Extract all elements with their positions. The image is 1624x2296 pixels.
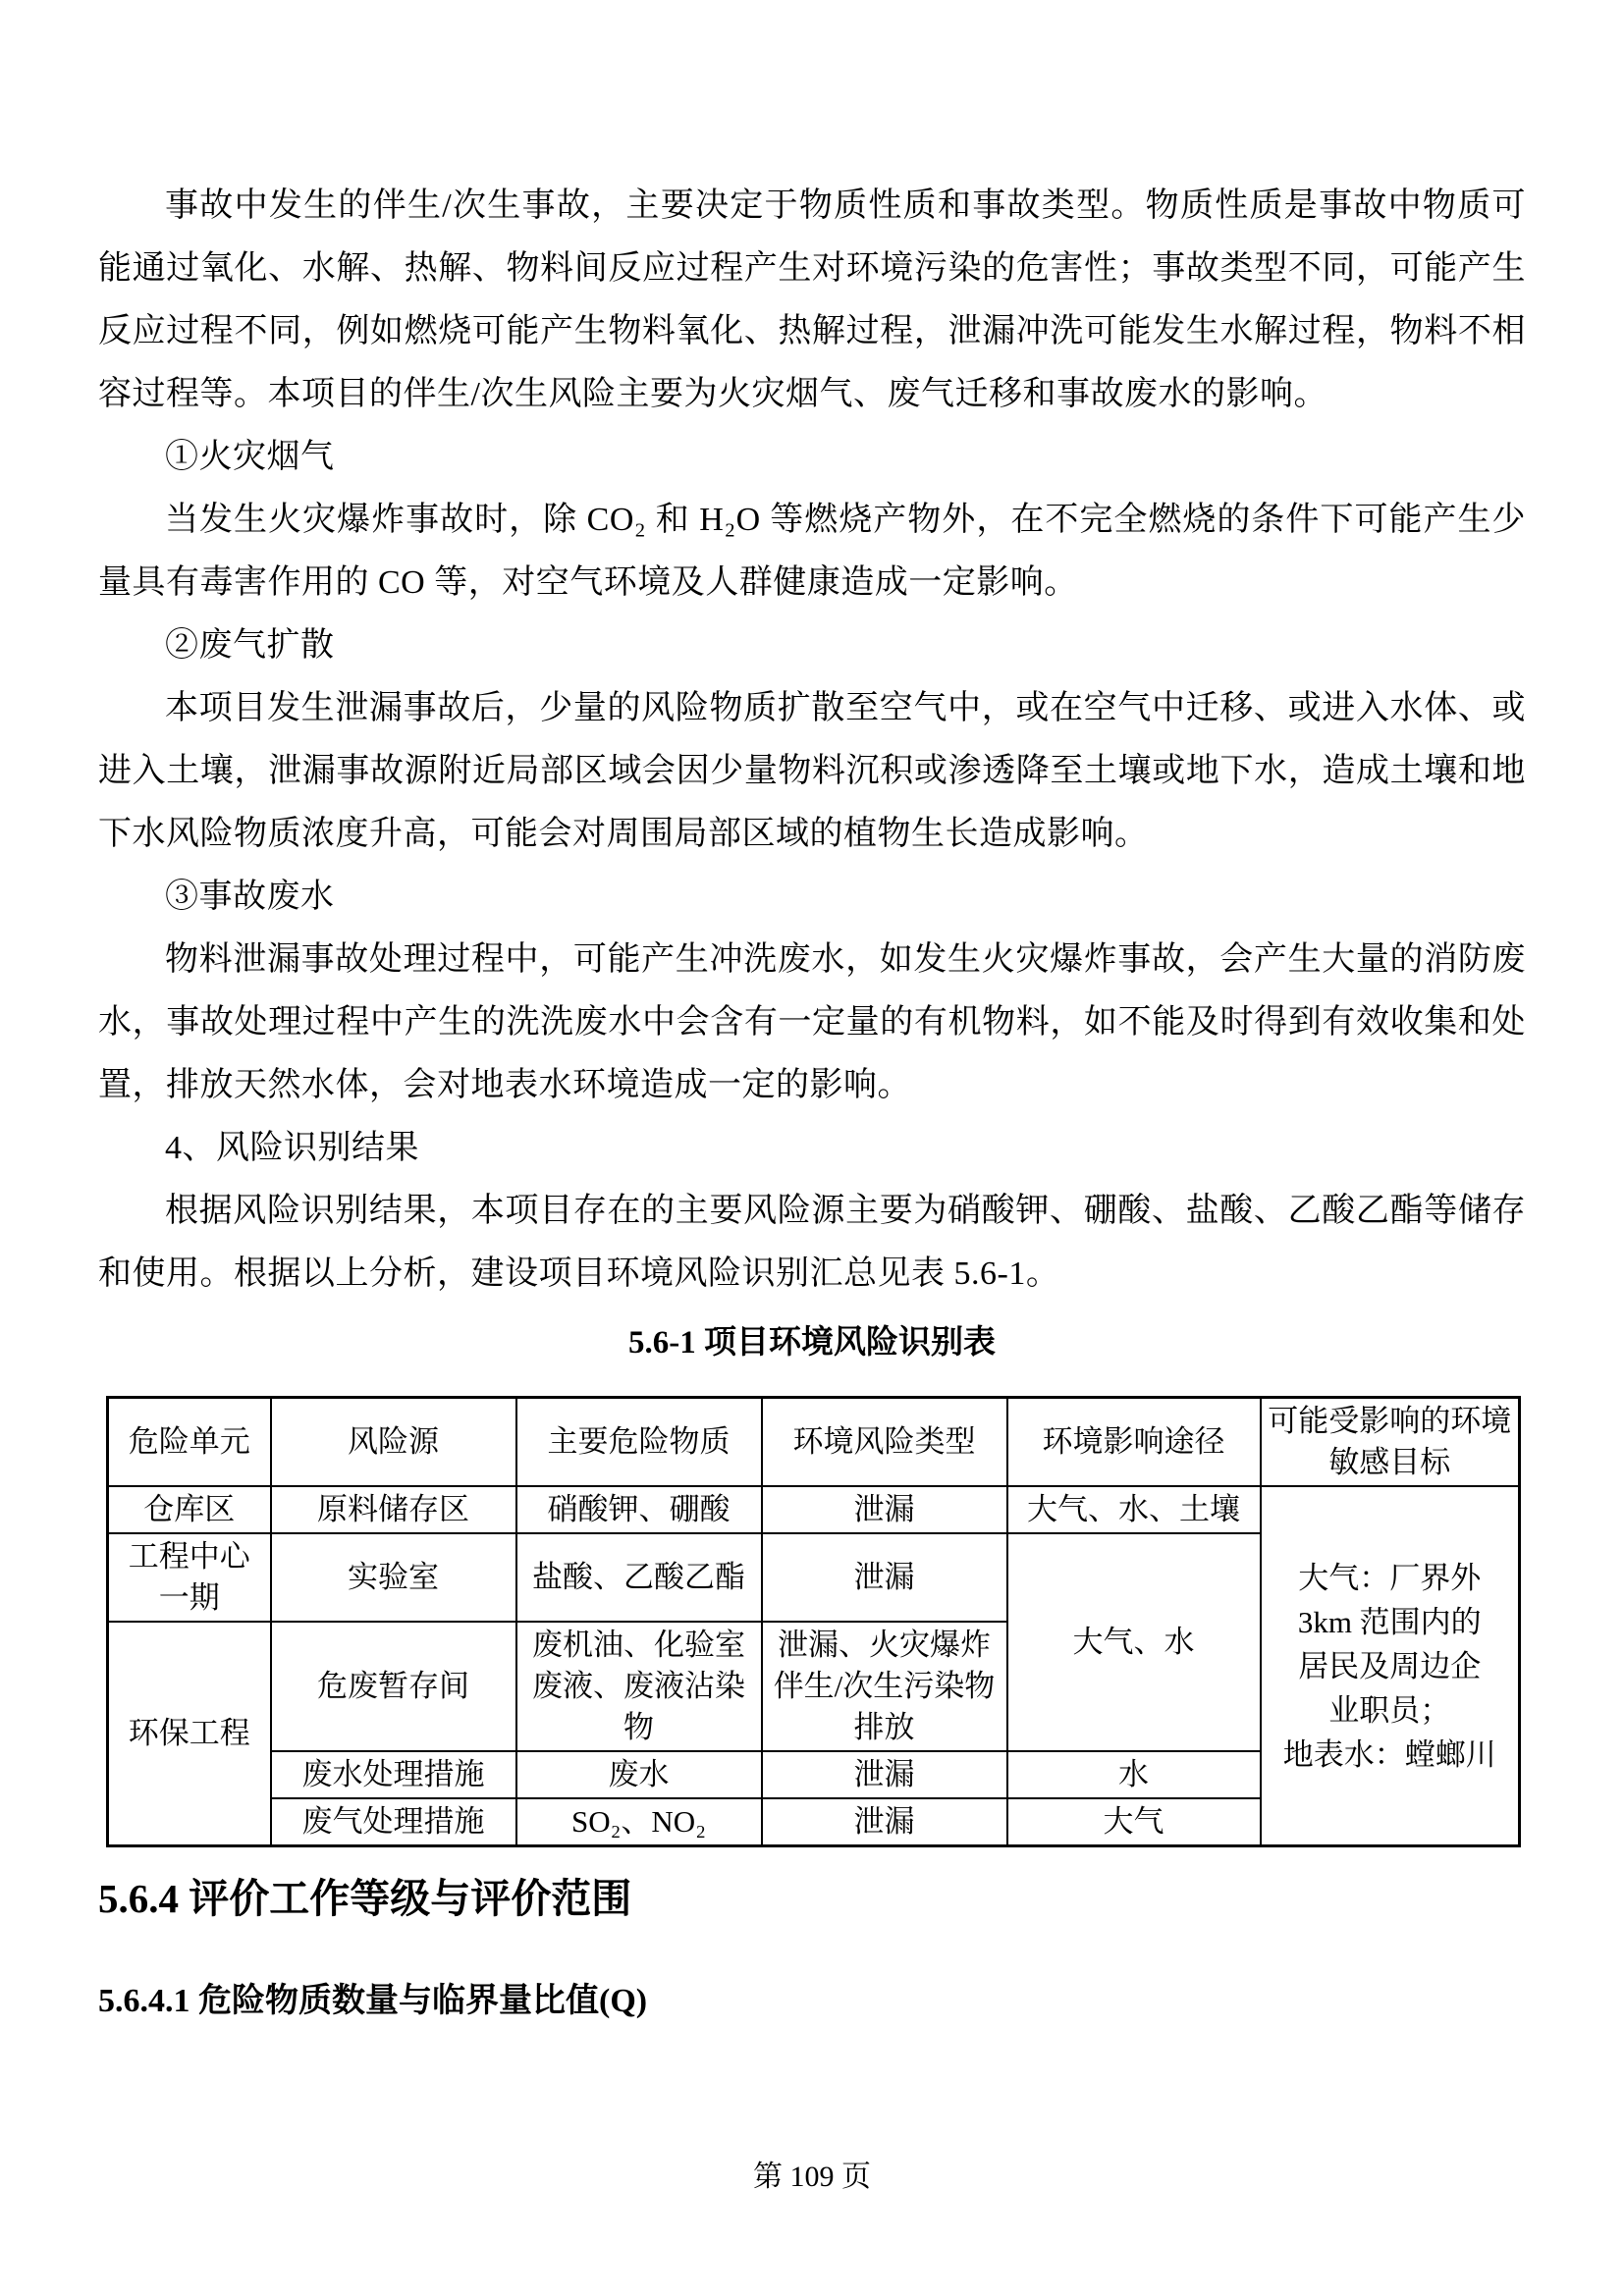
cell-impact-pathway: 大气 (1007, 1798, 1261, 1846)
cell-risk-source: 废气处理措施 (271, 1798, 516, 1846)
cell-hazardous-substance: 废水 (516, 1751, 762, 1798)
cell-hazard-unit: 环保工程 (108, 1622, 271, 1846)
section-heading: 5.6.4 评价工作等级与评价范围 (98, 1873, 1526, 1924)
cell-risk-type: 泄漏 (762, 1486, 1007, 1533)
table-row: 仓库区 原料储存区 硝酸钾、硼酸 泄漏 大气、水、土壤 大气：厂界外 3km 范… (108, 1486, 1520, 1533)
cell-risk-type: 泄漏 (762, 1751, 1007, 1798)
paragraph: 根据风险识别结果，本项目存在的主要风险源主要为硝酸钾、硼酸、盐酸、乙酸乙酯等储存… (98, 1180, 1526, 1306)
sensitive-target-line: 大气：厂界外 (1268, 1556, 1513, 1600)
cell-hazardous-substance: 硝酸钾、硼酸 (516, 1486, 762, 1533)
cell-risk-source: 实验室 (271, 1533, 516, 1622)
sensitive-target-line: 居民及周边企 (1268, 1644, 1513, 1688)
table-header-row: 危险单元 风险源 主要危险物质 环境风险类型 环境影响途径 可能受影响的环境敏感… (108, 1398, 1520, 1487)
subsection-heading: 5.6.4.1 危险物质数量与临界量比值(Q) (98, 1979, 1526, 2024)
header-risk-type: 环境风险类型 (762, 1398, 1007, 1487)
header-risk-source: 风险源 (271, 1398, 516, 1487)
header-impact-pathway: 环境影响途径 (1007, 1398, 1261, 1487)
header-hazardous-substance: 主要危险物质 (516, 1398, 762, 1487)
paragraph: 4、风险识别结果 (98, 1117, 1526, 1180)
cell-hazardous-substance: 盐酸、乙酸乙酯 (516, 1533, 762, 1622)
sensitive-target-line: 业职员； (1268, 1688, 1513, 1733)
cell-hazardous-substance: SO₂、NO₂ (516, 1798, 762, 1846)
cell-risk-type: 泄漏、火灾爆炸伴生/次生污染物排放 (762, 1622, 1007, 1751)
header-hazard-unit: 危险单元 (108, 1398, 271, 1487)
cell-risk-source: 原料储存区 (271, 1486, 516, 1533)
paragraph: ①火灾烟气 (98, 426, 1526, 489)
cell-risk-type: 泄漏 (762, 1533, 1007, 1622)
cell-risk-type: 泄漏 (762, 1798, 1007, 1846)
cell-impact-pathway: 水 (1007, 1751, 1261, 1798)
sensitive-target-line: 地表水：螳螂川 (1268, 1733, 1513, 1777)
page-content: 事故中发生的伴生/次生事故，主要决定于物质性质和事故类型。物质性质是事故中物质可… (98, 0, 1526, 2024)
paragraph: ③事故废水 (98, 866, 1526, 929)
page-number: 第 109 页 (0, 2158, 1624, 2197)
cell-hazardous-substance: 废机油、化验室废液、废液沾染物 (516, 1622, 762, 1751)
paragraph: 事故中发生的伴生/次生事故，主要决定于物质性质和事故类型。物质性质是事故中物质可… (98, 175, 1526, 426)
table-caption: 5.6-1 项目环境风险识别表 (98, 1319, 1526, 1366)
paragraph: 物料泄漏事故处理过程中，可能产生冲洗废水，如发生火灾爆炸事故，会产生大量的消防废… (98, 929, 1526, 1117)
document-page: 事故中发生的伴生/次生事故，主要决定于物质性质和事故类型。物质性质是事故中物质可… (0, 0, 1624, 2296)
paragraph: 本项目发生泄漏事故后，少量的风险物质扩散至空气中，或在空气中迁移、或进入水体、或… (98, 677, 1526, 866)
cell-impact-pathway: 大气、水 (1007, 1533, 1261, 1751)
cell-risk-source: 废水处理措施 (271, 1751, 516, 1798)
sensitive-target-line: 3km 范围内的 (1268, 1600, 1513, 1644)
paragraph: ②废气扩散 (98, 614, 1526, 677)
risk-identification-table: 危险单元 风险源 主要危险物质 环境风险类型 环境影响途径 可能受影响的环境敏感… (106, 1396, 1521, 1847)
cell-risk-source: 危废暂存间 (271, 1622, 516, 1751)
body-text: 事故中发生的伴生/次生事故，主要决定于物质性质和事故类型。物质性质是事故中物质可… (98, 0, 1526, 1306)
cell-impact-pathway: 大气、水、土壤 (1007, 1486, 1261, 1533)
cell-sensitive-target: 大气：厂界外 3km 范围内的 居民及周边企 业职员； 地表水：螳螂川 (1261, 1486, 1520, 1846)
paragraph: 当发生火灾爆炸事故时，除 CO₂ 和 H₂O 等燃烧产物外，在不完全燃烧的条件下… (98, 489, 1526, 614)
cell-hazard-unit: 仓库区 (108, 1486, 271, 1533)
cell-hazard-unit: 工程中心一期 (108, 1533, 271, 1622)
header-sensitive-target: 可能受影响的环境敏感目标 (1261, 1398, 1520, 1487)
